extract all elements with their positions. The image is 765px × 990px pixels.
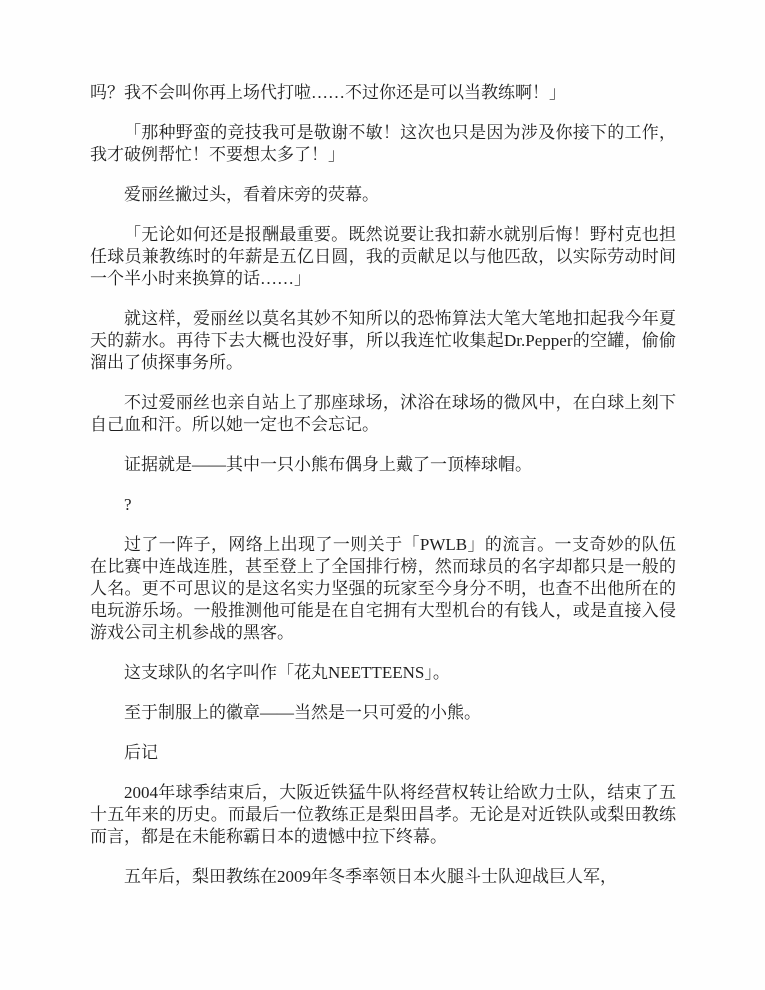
paragraph: 就这样，爱丽丝以莫名其妙不知所以的恐怖算法大笔大笔地扣起我今年夏天的薪水。再待下… [90,308,676,374]
paragraph: 不过爱丽丝也亲自站上了那座球场，沭浴在球场的微风中，在白球上刻下自己血和汗。所以… [90,392,676,436]
dialogue-paragraph: 「那种野蛮的竞技我可是敬谢不敏！这次也只是因为涉及你接下的工作，我才破例帮忙！不… [90,122,676,166]
paragraph: 2004年球季结束后，大阪近铁猛牛队将经营权转让给欧力士队，结束了五十五年来的历… [90,782,676,848]
paragraph: 爱丽丝撇过头，看着床旁的荧幕。 [90,184,676,206]
paragraph: 至于制服上的徽章——当然是一只可爱的小熊。 [90,702,676,724]
dialogue-paragraph: 「无论如何还是报酬最重要。既然说要让我扣薪水就别后悔！野村克也担任球员兼教练时的… [90,224,676,290]
paragraph: 证据就是——其中一只小熊布偶身上戴了一顶棒球帽。 [90,454,676,476]
paragraph: 吗？我不会叫你再上场代打啦……不过你还是可以当教练啊！」 [90,82,676,104]
afterword-heading: 后记 [90,742,676,764]
paragraph: 五年后，梨田教练在2009年冬季率领日本火腿斗士队迎战巨人军， [90,866,676,888]
question-mark-line: ? [90,494,676,516]
document-page: 吗？我不会叫你再上场代打啦……不过你还是可以当教练啊！」 「那种野蛮的竞技我可是… [0,0,765,990]
paragraph: 过了一阵子，网络上出现了一则关于「PWLB」的流言。一支奇妙的队伍在比赛中连战连… [90,534,676,644]
paragraph: 这支球队的名字叫作「花丸NEETTEENS」。 [90,662,676,684]
